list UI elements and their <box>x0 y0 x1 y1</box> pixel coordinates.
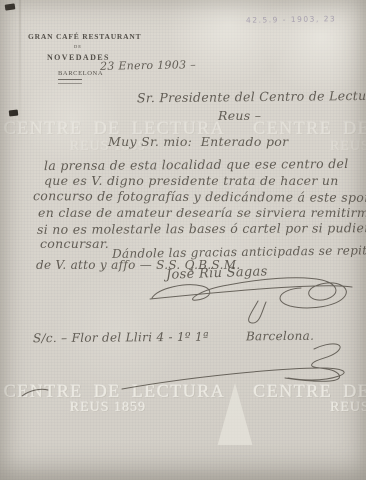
watermark-emblem <box>206 383 264 445</box>
watermark-band-bottom-line2: REUS 1859 REUS 1859 <box>0 400 366 416</box>
body-line: concursar. <box>40 236 109 251</box>
archive-reference-pencil-note: 42.5.9 - 1903, 23 <box>246 14 336 25</box>
letter-date: 23 Enero 1903 – <box>100 58 196 73</box>
body-line: en clase de amateur desearía se sirviera… <box>38 205 366 220</box>
watermark-text: REUS 1859 <box>330 400 366 416</box>
watermark-band-bottom-line1: CENTRE DE LECTURA CENTRE DE LECTURA <box>0 381 366 402</box>
body-line: si no es molestarle las bases ó cartel p… <box>37 220 366 237</box>
body-line: concurso de fotografías y dedicándome á … <box>33 188 366 205</box>
z-flourish <box>285 344 340 381</box>
scanned-letter-page: CENTRE DE LECTURA CENTRE DE LECTURA REUS… <box>0 0 366 480</box>
body-line: la prensa de esta localidad que ese cent… <box>44 156 349 173</box>
letterhead-city: BARCELONA <box>58 70 103 77</box>
watermark-text: REUS 1859 <box>70 400 146 416</box>
sender-address: S/c. – Flor del Lliri 4 - 1º 1ª Barcelon… <box>33 329 314 345</box>
letterhead-de: DE <box>74 44 82 49</box>
small-stroke <box>22 389 48 396</box>
letterhead-rule <box>58 79 82 84</box>
binding-mark <box>5 3 16 10</box>
watermark-text: REUS 1859 <box>330 139 366 155</box>
paper-crease <box>19 0 21 150</box>
recipient-line: Sr. Presidente del Centro de Lectura – <box>137 88 366 106</box>
body-line: Muy Sr. mio: Enterado por <box>108 134 288 149</box>
recipient-city: Reus – <box>218 108 261 123</box>
watermark-text: CENTRE DE LECTURA <box>254 381 366 402</box>
letterhead-business-name: GRAN CAFÉ RESTAURANT <box>28 32 141 41</box>
body-line: que es V. digno presidente trata de hace… <box>44 173 339 188</box>
binding-mark <box>9 110 19 117</box>
